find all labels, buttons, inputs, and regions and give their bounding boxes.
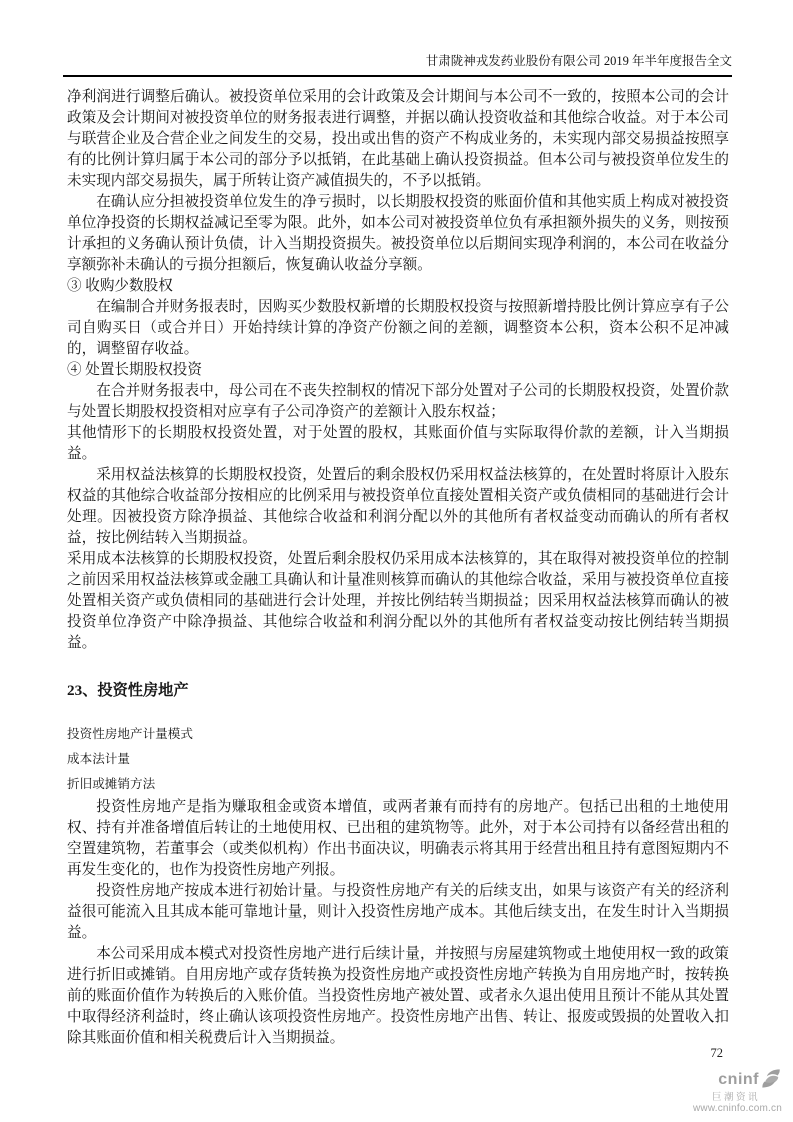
paragraph: 本公司采用成本模式对投资性房地产进行后续计量，并按照与房屋建筑物或土地使用权一致…	[67, 944, 729, 1049]
page-number: 72	[711, 1046, 724, 1061]
paragraph: 投资性房地产按成本进行初始计量。与投资性房地产有关的后续支出，如果与该资产有关的…	[67, 881, 729, 944]
page-header: 甘肃陇神戎发药业股份有限公司 2019 年半年度报告全文	[63, 53, 732, 77]
paragraph: 投资性房地产是指为赚取租金或资本增值，或两者兼有而持有的房地产。包括已出租的土地…	[67, 797, 729, 881]
paragraph: 在确认应分担被投资单位发生的净亏损时，以长期股权投资的账面价值和其他实质上构成对…	[67, 192, 729, 276]
field-label: 投资性房地产计量模式	[67, 722, 729, 747]
cninfo-chinese-name: 巨潮资讯	[693, 1093, 760, 1103]
report-page: 甘肃陇神戎发药业股份有限公司 2019 年半年度报告全文 净利润进行调整后确认。…	[0, 0, 793, 1122]
cninfo-swirl-icon	[761, 1069, 782, 1092]
cninfo-logo: cninf 巨潮资讯 www.cninfo.com.cn	[693, 1069, 782, 1115]
paragraph: 其他情形下的长期股权投资处置，对于处置的股权，其账面价值与实际取得价款的差额，计…	[67, 423, 729, 465]
list-item-3: ③ 收购少数股权	[67, 276, 729, 297]
list-item-4: ④ 处置长期股权投资	[67, 360, 729, 381]
paragraph: 净利润进行调整后确认。被投资单位采用的会计政策及会计期间与本公司不一致的，按照本…	[67, 87, 729, 192]
document-body: 净利润进行调整后确认。被投资单位采用的会计政策及会计期间与本公司不一致的，按照本…	[67, 87, 729, 1049]
cninfo-brand-text: cninf	[718, 1072, 759, 1088]
paragraph: 采用成本法核算的长期股权投资，处置后剩余股权仍采用成本法核算的，其在取得对被投资…	[67, 549, 729, 654]
cninfo-website: www.cninfo.com.cn	[693, 1104, 782, 1114]
report-title: 甘肃陇神戎发药业股份有限公司 2019 年半年度报告全文	[63, 53, 732, 77]
field-label: 成本法计量	[67, 747, 729, 772]
section-heading: 23、投资性房地产	[67, 681, 729, 701]
field-label: 折旧或摊销方法	[67, 772, 729, 797]
paragraph: 采用权益法核算的长期股权投资，处置后的剩余股权仍采用权益法核算的，在处置时将原计…	[67, 465, 729, 549]
paragraph: 在编制合并财务报表时，因购买少数股权新增的长期股权投资与按照新增持股比例计算应享…	[67, 297, 729, 360]
cninfo-logo-row: cninf	[693, 1069, 782, 1092]
paragraph: 在合并财务报表中，母公司在不丧失控制权的情况下部分处置对子公司的长期股权投资，处…	[67, 381, 729, 423]
